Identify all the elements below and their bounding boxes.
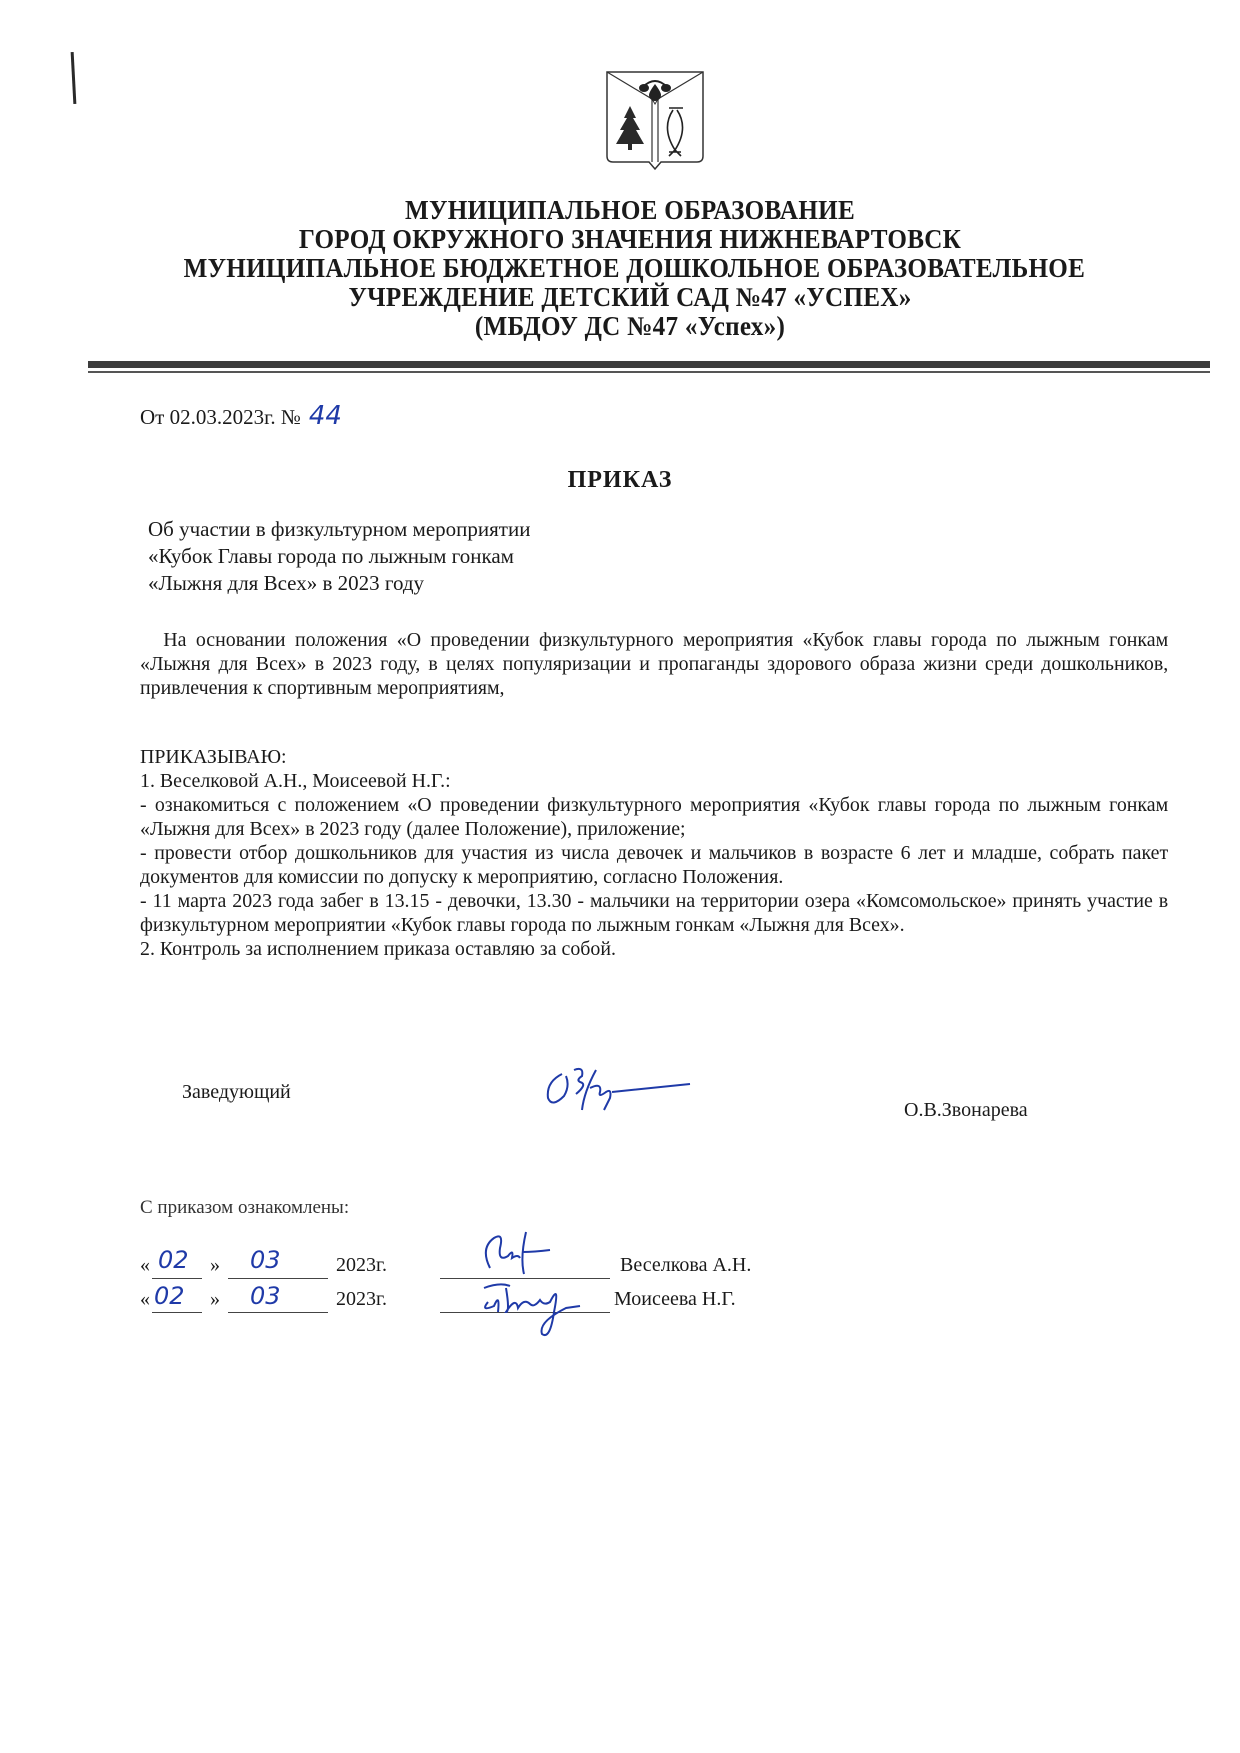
year-text: 2023г. — [336, 1254, 387, 1277]
close-quote: » — [210, 1288, 220, 1311]
order-item: 1. Веселковой А.Н., Моисеевой Н.Г.: — [140, 769, 1168, 793]
year-text: 2023г. — [336, 1288, 387, 1311]
header-line: ГОРОД ОКРУЖНОГО ЗНАЧЕНИЯ НИЖНЕВАРТОВСК — [184, 225, 1077, 254]
day-handwritten: 02 — [158, 1246, 189, 1274]
handwritten-signature-icon — [470, 1272, 610, 1342]
subject-line: Об участии в физкультурном мероприятии — [148, 516, 530, 543]
directive-label: ПРИКАЗЫВАЮ: — [140, 745, 1168, 769]
month-handwritten: 03 — [250, 1246, 281, 1274]
header-line: (МБДОУ ДС №47 «Успех») — [184, 312, 1077, 341]
order-item: - 11 марта 2023 года забег в 13.15 - дев… — [140, 889, 1168, 937]
document-title: ПРИКАЗ — [0, 467, 1240, 494]
signer-name: О.В.Звонарева — [904, 1098, 1028, 1123]
order-date-label: От 02.03.2023г. № — [140, 405, 301, 429]
order-subject: Об участии в физкультурном мероприятии «… — [148, 516, 530, 597]
order-preamble: На основании положения «О проведении физ… — [140, 628, 1168, 700]
order-item: 2. Контроль за исполнением приказа остав… — [140, 937, 1168, 961]
header-divider-thick — [88, 361, 1210, 368]
acknowledgement-title: С приказом ознакомлены: — [140, 1195, 349, 1220]
order-items: ПРИКАЗЫВАЮ: 1. Веселковой А.Н., Моисеево… — [140, 745, 1168, 961]
acknowledgement-row: « 02 » 03 2023г. Моисеева Н.Г. — [140, 1284, 860, 1318]
coat-of-arms-icon — [605, 68, 705, 173]
order-item: - ознакомиться с положением «О проведени… — [140, 793, 1168, 841]
month-handwritten: 03 — [250, 1282, 281, 1310]
order-date-line: От 02.03.2023г. №44 — [140, 404, 342, 430]
open-quote: « — [140, 1288, 150, 1311]
subject-line: «Лыжня для Всех» в 2023 году — [148, 570, 530, 597]
header-line: УЧРЕЖДЕНИЕ ДЕТСКИЙ САД №47 «УСПЕХ» — [184, 283, 1077, 312]
institution-header: МУНИЦИПАЛЬНОЕ ОБРАЗОВАНИЕ ГОРОД ОКРУЖНОГ… — [184, 196, 1077, 341]
employee-name: Моисеева Н.Г. — [614, 1288, 736, 1311]
open-quote: « — [140, 1254, 150, 1277]
month-underline — [228, 1312, 328, 1313]
handwritten-signature-icon — [540, 1062, 700, 1117]
subject-line: «Кубок Главы города по лыжным гонкам — [148, 543, 530, 570]
header-line: МУНИЦИПАЛЬНОЕ ОБРАЗОВАНИЕ — [184, 196, 1077, 225]
day-handwritten: 02 — [154, 1282, 185, 1310]
order-number-handwritten: 44 — [309, 401, 342, 431]
scan-artifact-mark — [71, 52, 77, 104]
handwritten-signature-icon — [470, 1228, 580, 1278]
header-line: МУНИЦИПАЛЬНОЕ БЮДЖЕТНОЕ ДОШКОЛЬНОЕ ОБРАЗ… — [184, 254, 1077, 283]
order-item: - провести отбор дошкольников для участи… — [140, 841, 1168, 889]
employee-name: Веселкова А.Н. — [620, 1254, 751, 1277]
month-underline — [228, 1278, 328, 1279]
header-divider-thin — [88, 371, 1210, 373]
day-underline — [152, 1278, 202, 1279]
signer-position: Заведующий — [182, 1080, 291, 1105]
close-quote: » — [210, 1254, 220, 1277]
preamble-text: На основании положения «О проведении физ… — [140, 628, 1168, 700]
day-underline — [152, 1312, 202, 1313]
